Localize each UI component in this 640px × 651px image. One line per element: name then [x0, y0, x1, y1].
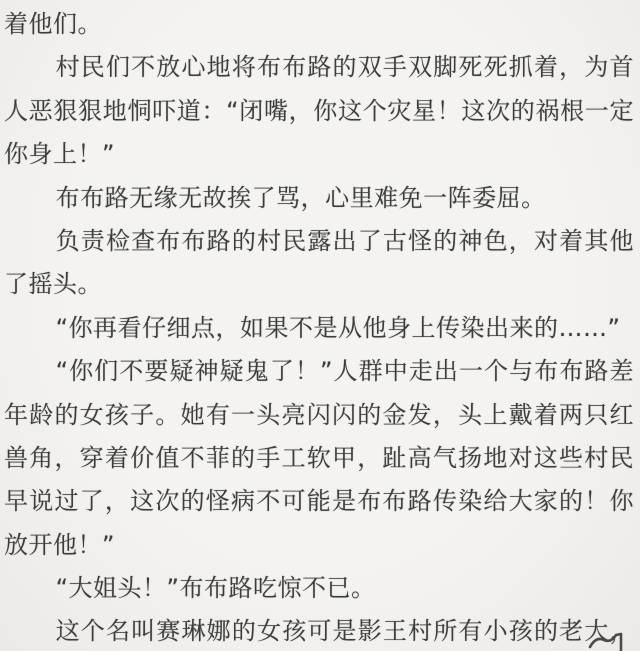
- text-line: 布布路无缘无故挨了骂，心里难免一阵委屈。: [4, 177, 634, 220]
- text-line: 负责检查布布路的村民露出了古怪的神色，对着其他人摇: [4, 220, 634, 263]
- text-line: 着他们。: [4, 3, 634, 46]
- text-line: 年龄的女孩子。她有一头亮闪闪的金发，头上戴着两只红色的: [4, 394, 634, 437]
- text-line: “你们不要疑神疑鬼了！”人群中走出一个与布布路差不多: [4, 350, 634, 393]
- text-block: 着他们。村民们不放心地将布布路的双手双脚死死抓着，为首的那人恶狠狠地恫吓道：“闭…: [4, 3, 634, 651]
- text-line: 兽角，穿着价值不菲的手工软甲，趾高气扬地对这些村民说：“我: [4, 437, 634, 480]
- text-line: 你身上！”: [4, 133, 634, 176]
- corner-doodle-icon: [588, 625, 640, 651]
- text-line: 村民们不放心地将布布路的双手双脚死死抓着，为首的那: [4, 46, 634, 89]
- text-line: 人恶狠狠地恫吓道：“闭嘴，你这个灾星！这次的祸根一定出在: [4, 90, 634, 133]
- text-line: 了摇头。: [4, 263, 634, 306]
- text-line: “大姐头！”布布路吃惊不已。: [4, 567, 634, 610]
- book-page: 着他们。村民们不放心地将布布路的双手双脚死死抓着，为首的那人恶狠狠地恫吓道：“闭…: [0, 0, 640, 651]
- text-line: 放开他！”: [4, 524, 634, 567]
- text-line: “你再看仔细点，如果不是从他身上传染出来的……”: [4, 307, 634, 350]
- text-line: 这个名叫赛琳娜的女孩可是影王村所有小孩的老大，她不: [4, 610, 634, 651]
- text-line: 早说过了，这次的怪病不可能是布布路传染给大家的！你们快: [4, 480, 634, 523]
